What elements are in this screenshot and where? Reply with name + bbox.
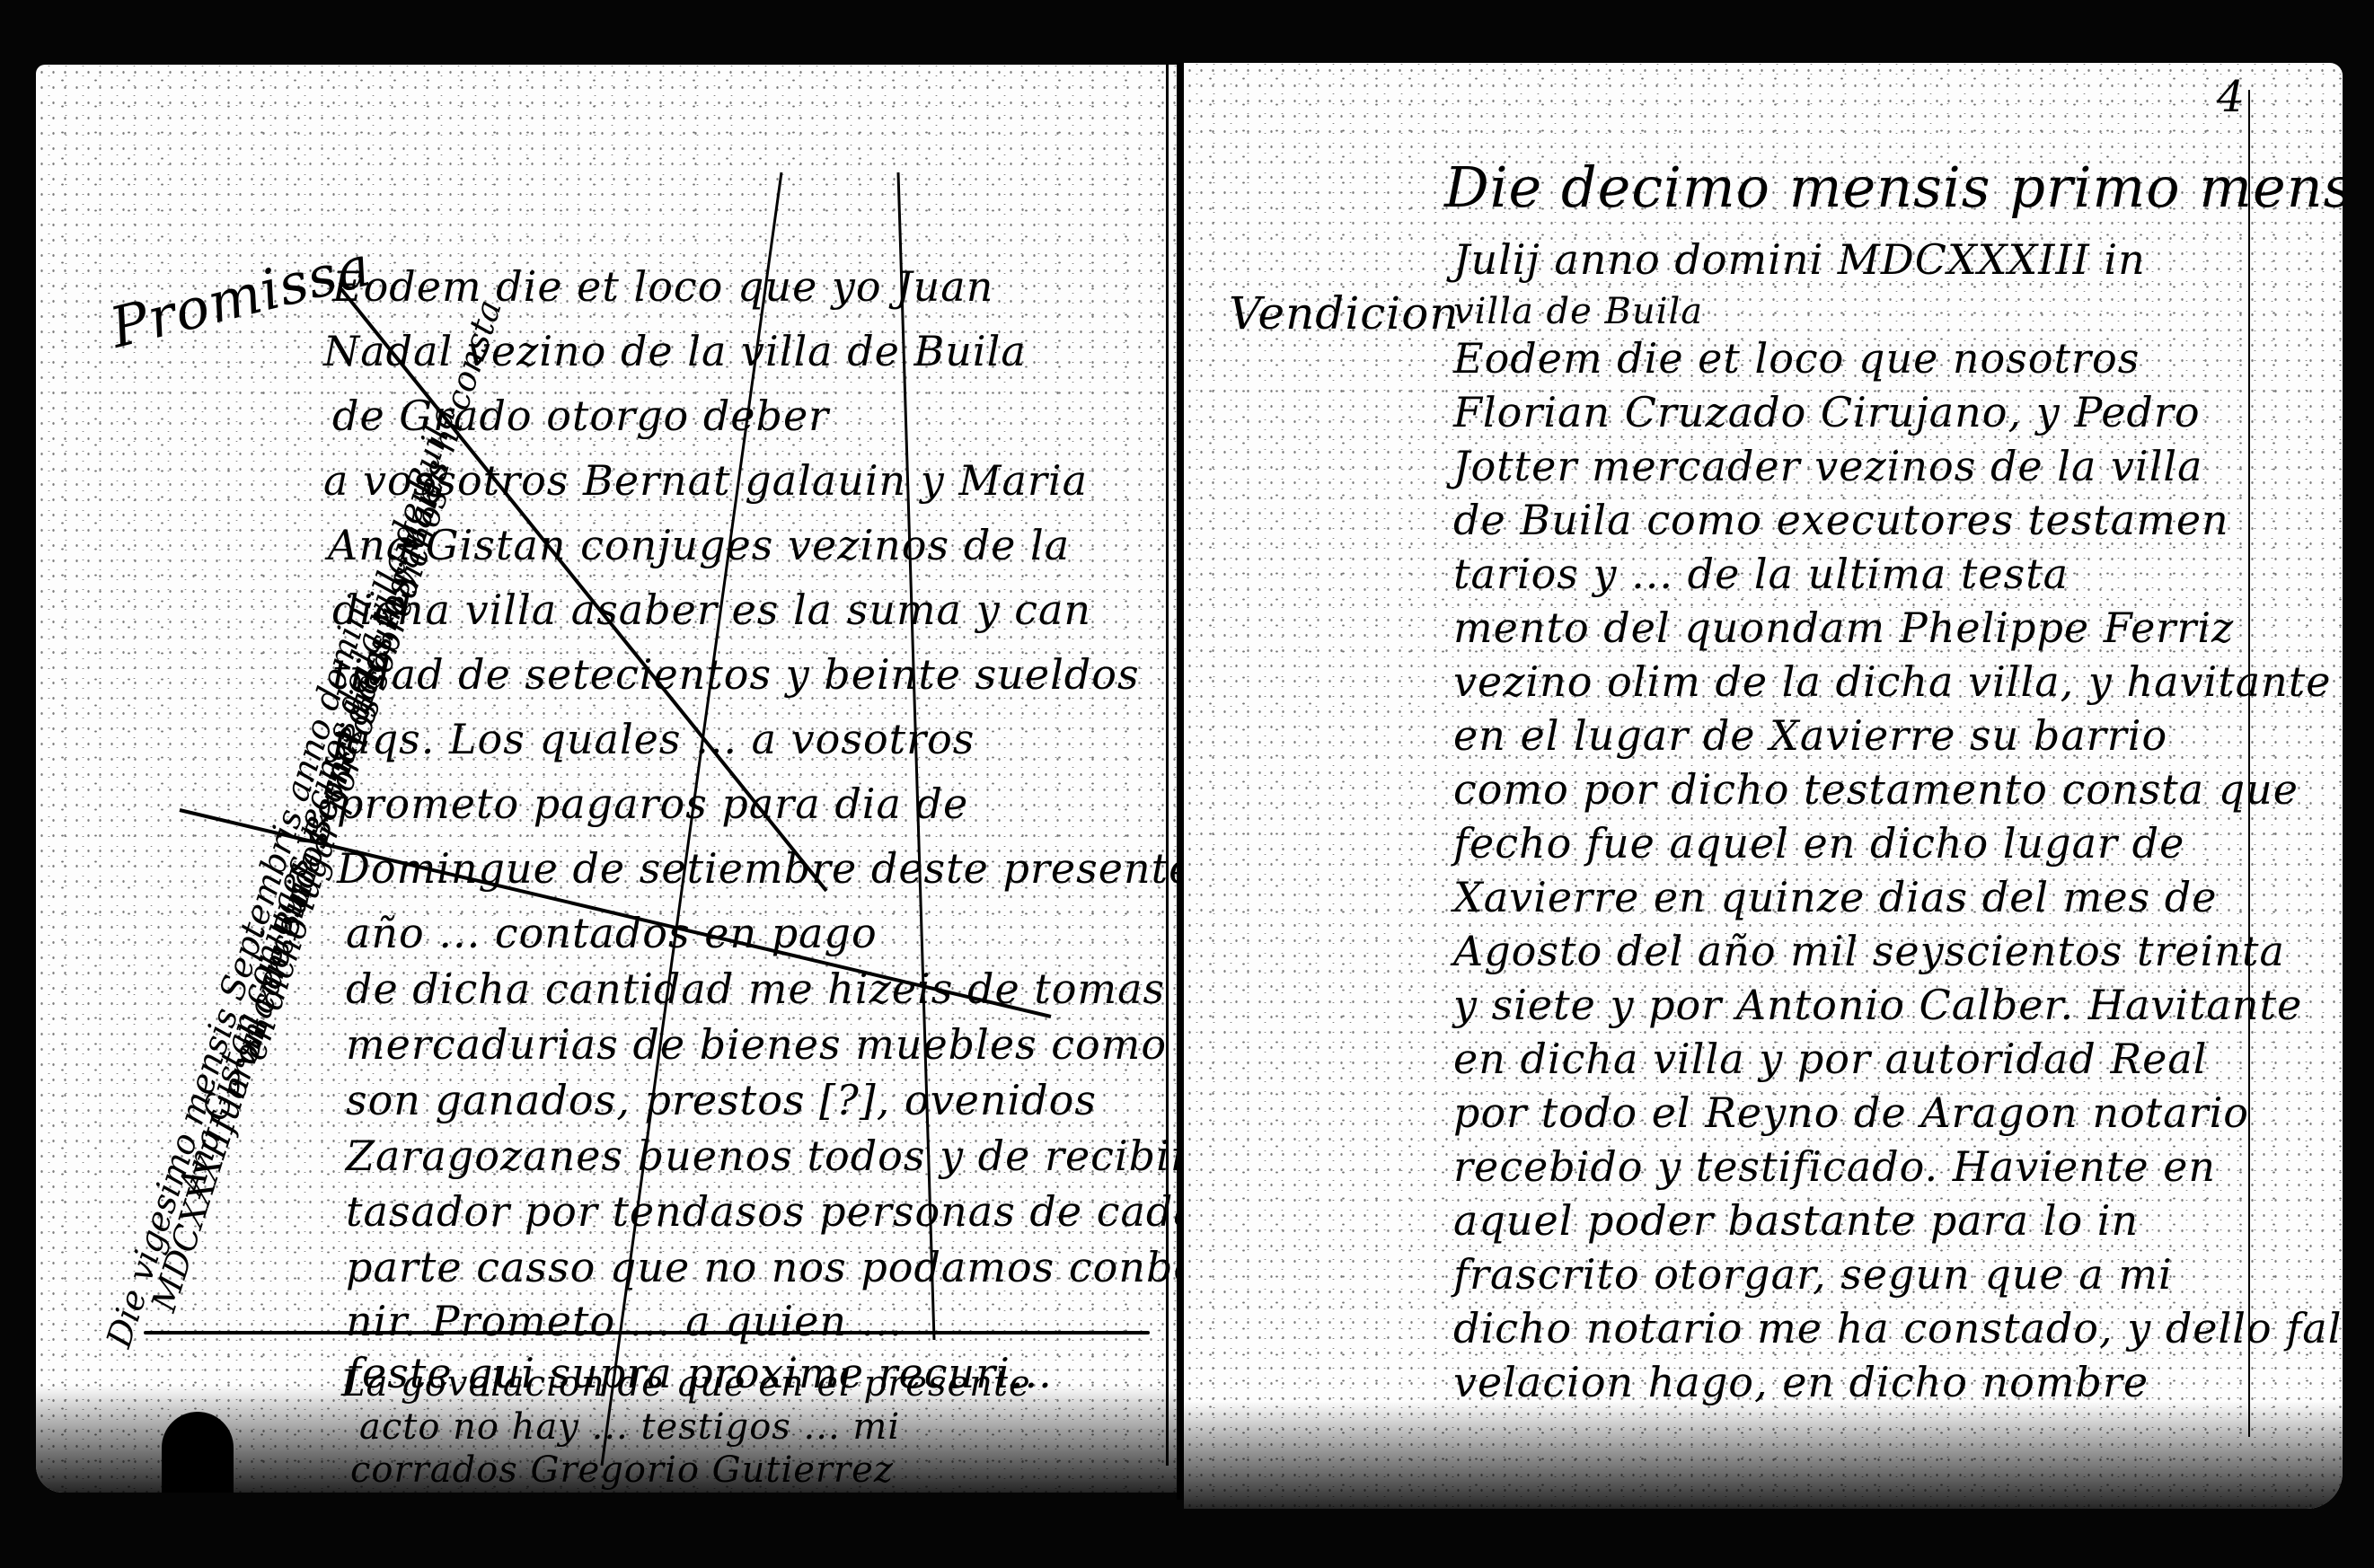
paper-stain — [162, 1412, 234, 1493]
right-line: tarios y ... de la ultima testa — [1453, 548, 2069, 600]
folio-number: 4 — [2217, 72, 2245, 122]
left-page: Die vigesimo mensis Septembris anno domi… — [36, 65, 1177, 1493]
right-line: de Buila como executores testamen — [1453, 494, 2229, 546]
right-line: aquel poder bastante para lo in — [1453, 1194, 2139, 1246]
right-line: Julij anno domini MDCXXXIII in — [1453, 233, 2146, 286]
right-line: velacion hago, en dicho nombre — [1453, 1356, 2149, 1408]
left-line: de dicha cantidad me hizeis de tomas — [346, 963, 1165, 1015]
right-line: Florian Cruzado Cirujano, y Pedro — [1453, 386, 2201, 438]
section-divider — [144, 1331, 1150, 1335]
left-line: Nadal vezino de la villa de Buila — [323, 325, 1027, 377]
right-line: fecho fue aquel en dicho lugar de — [1453, 817, 2184, 869]
right-line: mento del quondam Phelippe Ferriz — [1453, 602, 2234, 654]
left-line: Eodem die et loco que yo Juan — [332, 260, 993, 313]
right-line: vezino olim de la dicha villa, y havitan… — [1453, 656, 2332, 708]
right-line: y siete y por Antonio Calber. Havitante — [1453, 979, 2302, 1031]
right-line: frascrito otorgar, segun que a mi — [1453, 1248, 2173, 1300]
left-footer-line: corrados Gregorio Gutierrez — [350, 1444, 894, 1493]
right-line: por todo el Reyno de Aragon notario — [1453, 1087, 2249, 1139]
margin-heading-vendicion: Vendicion — [1229, 287, 1460, 339]
left-line: Ana Gistan conjuges vezinos de la — [328, 519, 1070, 571]
right-line: Jotter mercader vezinos de la villa — [1453, 440, 2203, 492]
right-line: Xavierre en quinze dias del mes de — [1453, 871, 2217, 923]
left-line: Zaragozanes buenos todos y de recibir — [346, 1130, 1177, 1182]
right-line: villa de Buila — [1453, 286, 1703, 338]
left-line: de Grado otorgo deber — [332, 390, 829, 442]
right-line: Eodem die et loco que nosotros — [1453, 332, 2140, 384]
right-line: Agosto del año mil seyscientos treinta — [1453, 925, 2285, 977]
left-line: jaqs. Los quales ... a vosotros — [332, 713, 975, 765]
right-page: 4 Vendicion Die decimo mensis primo mens… — [1184, 63, 2343, 1509]
right-line: recebido y testificado. Haviente en — [1453, 1141, 2216, 1193]
manuscript-scan: Die vigesimo mensis Septembris anno domi… — [0, 0, 2374, 1568]
left-line: parte casso que no nos podamos conbe — [346, 1241, 1177, 1293]
left-line: Domingue de setiembre deste presente — [337, 842, 1177, 894]
left-line: tasador por tendasos personas de cada — [346, 1185, 1177, 1238]
left-line: mercadurias de bienes muebles como — [346, 1018, 1167, 1070]
left-line: año ... contados en pago — [346, 907, 878, 959]
left-line: a vossotros Bernat galauin y Maria — [323, 454, 1088, 507]
right-line: como por dicho testamento consta que — [1453, 763, 2299, 815]
left-line: son ganados, prestos [?], ovenidos — [346, 1074, 1097, 1126]
right-line: Die decimo mensis primo mensis — [1444, 162, 2343, 214]
page-bottom-shadow — [1184, 1401, 2343, 1509]
left-line: tidad de setecientos y beinte sueldos — [332, 648, 1140, 700]
left-line: dicha villa asaber es la suma y can — [332, 584, 1091, 636]
left-line: prometo pagaros para dia de — [337, 778, 968, 830]
left-line: nir. Prometo ... a quien ... — [346, 1295, 903, 1347]
right-line: dicho notario me ha constado, y dello fa… — [1453, 1302, 2342, 1354]
right-line: en el lugar de Xavierre su barrio — [1453, 709, 2167, 762]
right-line: en dicha villa y por autoridad Real — [1453, 1033, 2207, 1085]
